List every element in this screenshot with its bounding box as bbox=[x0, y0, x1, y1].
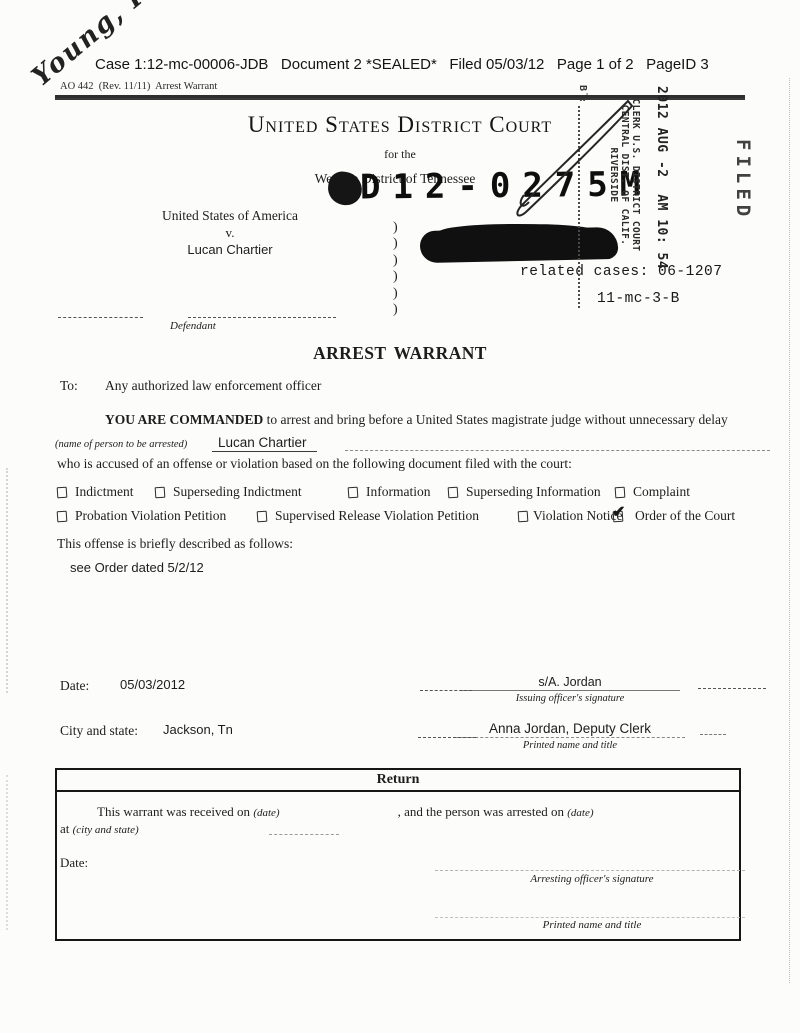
document-title: ARREST WARRANT bbox=[0, 343, 800, 364]
check-icon: ✔ bbox=[612, 502, 625, 522]
related-cases-line1: related cases: 06-1207 bbox=[520, 264, 722, 280]
command-rest: to arrest and bring before a United Stat… bbox=[263, 412, 727, 427]
scan-artifact bbox=[6, 775, 8, 930]
scan-artifact bbox=[789, 78, 790, 983]
accused-line: who is accused of an offense or violatio… bbox=[57, 456, 572, 472]
offense-label: This offense is briefly described as fol… bbox=[57, 536, 293, 552]
return-header: Return bbox=[57, 770, 739, 792]
date-field: 05/03/2012 bbox=[120, 677, 185, 692]
related-cases-line2: 11-mc-3-B bbox=[597, 291, 680, 307]
return-date-label: Date: bbox=[60, 855, 88, 871]
plaintiff-name: United States of America bbox=[90, 208, 370, 224]
city-state-label: City and state: bbox=[60, 723, 138, 739]
checkbox-icon bbox=[155, 487, 166, 499]
redaction-wave bbox=[438, 224, 598, 243]
date-label: Date: bbox=[60, 678, 89, 694]
printed-name-rule bbox=[435, 917, 745, 918]
to-value: Any authorized law enforcement officer bbox=[105, 378, 321, 394]
signature-rule-segment bbox=[698, 688, 766, 689]
to-label: To: bbox=[60, 378, 78, 394]
person-name-field: Lucan Chartier bbox=[212, 435, 317, 452]
checkbox-icon bbox=[257, 511, 268, 523]
scan-artifact bbox=[6, 468, 8, 693]
return-at-line: at (city and state) bbox=[60, 821, 139, 837]
arresting-signature-rule bbox=[435, 870, 745, 871]
arresting-officer-caption: Arresting officer's signature bbox=[447, 873, 737, 885]
fill-in-rule bbox=[345, 450, 770, 451]
filed-stamp: FILED bbox=[732, 139, 754, 254]
scanned-arrest-warrant-page: Young, Kim Case 1:12-mc-00006-JDB Docume… bbox=[0, 0, 800, 1033]
signature-rule-segment bbox=[58, 317, 143, 318]
command-bold: YOU ARE COMMANDED bbox=[105, 412, 263, 427]
pacer-case-header: Case 1:12-mc-00006-JDB Document 2 *SEALE… bbox=[95, 56, 709, 73]
command-paragraph: YOU ARE COMMANDED to arrest and bring be… bbox=[105, 412, 775, 428]
issuing-officer-signature: s/A. Jordan bbox=[460, 675, 680, 691]
printed-name-caption: Printed name and title bbox=[455, 740, 685, 751]
issuing-officer-caption: Issuing officer's signature bbox=[460, 693, 680, 704]
city-state-placeholder: (city and state) bbox=[73, 824, 139, 836]
checkbox-icon bbox=[615, 487, 626, 499]
signature-rule-segment bbox=[700, 734, 726, 735]
return-printed-caption: Printed name and title bbox=[447, 919, 737, 931]
checkbox-icon bbox=[57, 487, 68, 499]
return-section: Return This warrant was received on (dat… bbox=[55, 768, 741, 941]
checkbox-icon bbox=[348, 487, 359, 499]
checkbox-icon bbox=[448, 487, 459, 499]
scan-artifact bbox=[269, 834, 339, 835]
signature-rule-segment bbox=[188, 317, 336, 318]
checkbox-icon bbox=[57, 511, 68, 523]
handwritten-name: Young, Kim bbox=[26, 0, 189, 92]
signature-rule-segment bbox=[420, 690, 472, 691]
offense-description-field: see Order dated 5/2/12 bbox=[70, 560, 204, 575]
form-id-line: AO 442 (Rev. 11/11) Arrest Warrant bbox=[60, 81, 217, 92]
court-title: United States District Court bbox=[0, 112, 800, 138]
defendant-label: Defendant bbox=[170, 320, 216, 332]
date-placeholder: (date) bbox=[567, 807, 593, 819]
date-placeholder: (date) bbox=[253, 807, 279, 819]
printed-name-field: Anna Jordan, Deputy Clerk bbox=[455, 721, 685, 738]
defendant-name: Lucan Chartier bbox=[90, 242, 370, 257]
redaction-mark bbox=[420, 227, 619, 263]
court-for-the: for the bbox=[0, 147, 800, 162]
checkbox-icon bbox=[518, 511, 529, 523]
versus: v. bbox=[90, 225, 370, 241]
pen-stroke bbox=[500, 95, 650, 225]
filed-datetime-stamp: 2012 AUG -2 AM 10: 54 bbox=[654, 86, 669, 238]
name-of-person-label: (name of person to be arrested) bbox=[55, 439, 187, 450]
case-caption: United States of America v. Lucan Charti… bbox=[90, 208, 370, 257]
signature-rule-segment bbox=[418, 737, 476, 738]
return-received-line: This warrant was received on (date), and… bbox=[97, 804, 594, 820]
city-state-field: Jackson, Tn bbox=[163, 722, 233, 737]
caption-parentheses: ) ) ) ) ) ) bbox=[393, 220, 398, 318]
